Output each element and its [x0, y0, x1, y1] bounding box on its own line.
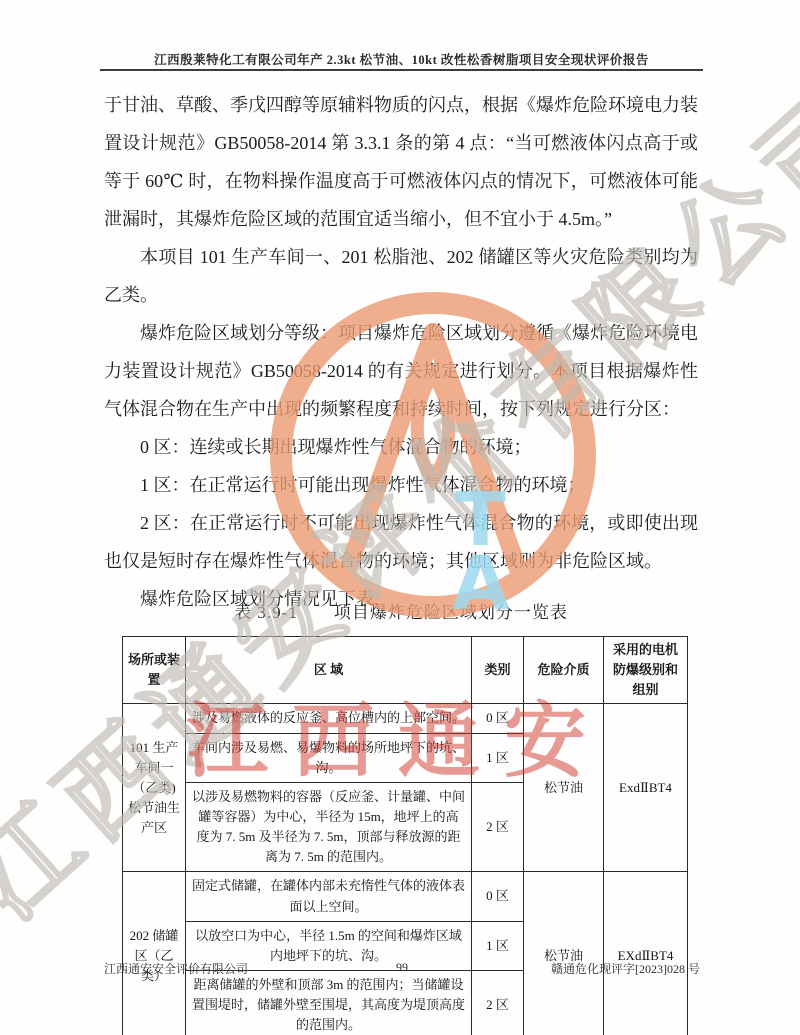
col-header-medium: 危险介质: [524, 637, 604, 704]
col-header-location: 场所或装置: [123, 637, 186, 704]
paragraph-zone0: 0 区：连续或长期出现爆炸性气体混合物的环境；: [104, 428, 698, 466]
table-row: 101 生产车间一（乙类)松节油生产区 涉及易燃液体的反应釜、高位槽内的上部空间…: [123, 704, 688, 733]
cell-location-202: 202 储罐区（乙类）: [123, 872, 186, 1035]
cell-class: 0 区: [472, 704, 524, 733]
cell-class: 1 区: [472, 733, 524, 782]
cell-area: 车间内涉及易燃、易爆物料的场所地坪下的坑、沟。: [186, 733, 472, 782]
col-header-area: 区 域: [186, 637, 472, 704]
cell-area: 涉及易燃液体的反应釜、高位槽内的上部空间。: [186, 704, 472, 733]
table-caption: 表 3.9-1 项目爆炸危险区域划分一览表: [104, 598, 698, 623]
paragraph-zone2: 2 区：在正常运行时不可能出现爆炸性气体混合物的环境，或即使出现也仅是短时存在爆…: [104, 504, 698, 580]
paragraph: 爆炸危险区域划分等级：项目爆炸危险区域划分遵循《爆炸危险环境电力装置设计规范》G…: [104, 314, 698, 428]
table-header-row: 场所或装置 区 域 类别 危险介质 采用的电机防爆级别和组别: [123, 637, 688, 704]
table-row: 202 储罐区（乙类） 固定式储罐，在罐体内部未充惰性气体的液体表面以上空间。 …: [123, 872, 688, 921]
cell-area: 距离储罐的外壁和顶部 3m 的范围内；当储罐设置围堤时，储罐外壁至围堤，其高度为…: [186, 970, 472, 1035]
col-header-motor: 采用的电机防爆级别和组别: [604, 637, 688, 704]
cell-motor: ExdⅡBT4: [604, 704, 688, 872]
cell-medium: 松节油: [524, 872, 604, 1035]
paragraph: 于甘油、草酸、季戊四醇等原辅料物质的闪点，根据《爆炸危险环境电力装置设计规范》G…: [104, 86, 698, 238]
header-rule: [100, 69, 703, 71]
paragraph-zone1: 1 区：在正常运行时可能出现爆炸性气体混合物的环境；: [104, 466, 698, 504]
cell-class: 2 区: [472, 970, 524, 1035]
paragraph: 本项目 101 生产车间一、201 松脂池、202 储罐区等火灾危险类别均为乙类…: [104, 238, 698, 314]
cell-location-101: 101 生产车间一（乙类)松节油生产区: [123, 704, 186, 872]
cell-area: 固定式储罐，在罐体内部未充惰性气体的液体表面以上空间。: [186, 872, 472, 921]
cell-class: 0 区: [472, 872, 524, 921]
cell-class: 2 区: [472, 782, 524, 872]
cell-area: 以涉及易燃物料的容器（反应釜、计量罐、中间罐等容器）为中心，半径为 15m，地坪…: [186, 782, 472, 872]
page-header-title: 江西殷莱特化工有限公司年产 2.3kt 松节油、10kt 改性松香树脂项目安全现…: [100, 50, 703, 68]
col-header-class: 类别: [472, 637, 524, 704]
body-text: 于甘油、草酸、季戊四醇等原辅料物质的闪点，根据《爆炸危险环境电力装置设计规范》G…: [104, 86, 698, 618]
footer-doc-number: 赣通危化现评字[2023]028 号: [551, 960, 700, 977]
cell-medium: 松节油: [524, 704, 604, 872]
cell-motor: EXdⅡBT4: [604, 872, 688, 1035]
